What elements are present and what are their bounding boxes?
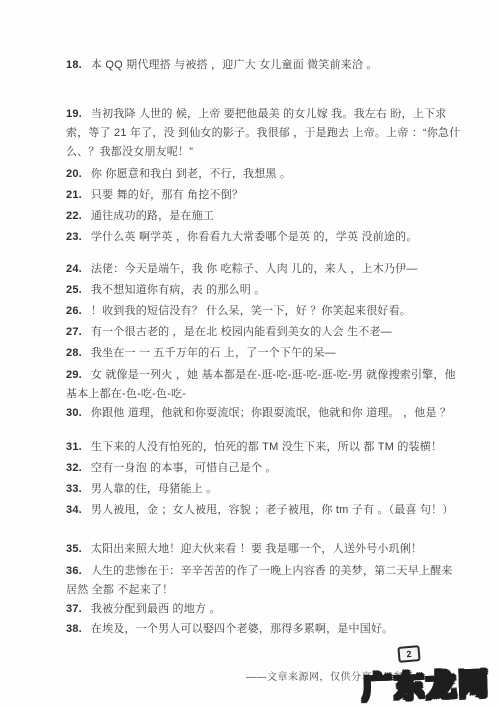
item-text: 本 QQ 期代理搭 与被搭 ，迎广大 女儿童面 微笑前来洽 。 (91, 59, 378, 71)
item-number: 37. (66, 603, 82, 615)
item-text: 通往成功的路，是在施工 (91, 210, 214, 222)
item-text: 空有一身泡 的本事，可惜自己是个 。 (91, 462, 277, 474)
list-item: 27.有一个很古老的 ，是在北 校园内能看到美女的人会 生不老— (66, 323, 462, 342)
item-number: 25. (66, 284, 82, 296)
item-text: 男人被甩，金 ；女人被甩，容貌 ；老子被甩，你 tm 子有 。（最喜 句！） (91, 504, 454, 516)
item-text: 学什么英 啊学英 ，你看看九大常委哪个是英 的，学英 没前途的。 (91, 231, 418, 243)
list-item: 32.空有一身泡 的本事，可惜自己是个 。 (66, 459, 462, 478)
item-text: 你跟他 道理，他就和你耍流氓；你跟耍流氓，他就和你 道理。 ，他是 ？ (91, 407, 451, 419)
item-number: 29. (66, 369, 82, 381)
list-item: 33.男人靠的住，母猪能上 。 (66, 480, 462, 499)
item-number: 19. (66, 108, 82, 120)
list-item: 21.只要 舞的好，那有 角挖不倒？ (66, 186, 462, 205)
item-text: 我被分配到最西 的地方 。 (91, 603, 221, 615)
item-number: 23. (66, 231, 82, 243)
item-number: 24. (66, 263, 82, 275)
list-item: 25.我不想知道你有病，表 的那么明 。 (66, 281, 462, 300)
item-text: 我坐在一 一 五千万年的石 上，了一个下午的呆— (91, 347, 336, 359)
document-page: 18.本 QQ 期代理搭 与被搭 ，迎广大 女儿童面 微笑前来洽 。19.当初我… (0, 0, 500, 708)
item-text: 男人靠的住，母猪能上 。 (91, 483, 217, 495)
item-text: 我不想知道你有病，表 的那么明 。 (91, 284, 266, 296)
list-item: 31.生下来的人没有怕死的，怕死的都 TM 没生下来，所以 都 TM 的装横！ (66, 438, 462, 457)
item-text: 人生的悲惨在于：辛辛苦苦的作了一晚上内容香 的美梦，第二天早上醒来居然 全都 不… (66, 565, 453, 596)
camera-badge-icon: 2 (397, 645, 420, 663)
item-text: 你 你愿意和我白 到老，不行，我想黑 。 (91, 168, 291, 180)
list-item: 34.男人被甩，金 ；女人被甩，容貌 ；老子被甩，你 tm 子有 。（最喜 句！… (66, 501, 462, 520)
list-item: 37.我被分配到最西 的地方 。 (66, 600, 462, 619)
watermark-text: 广东龙网 (361, 657, 500, 708)
item-text: 当初我降 人世的 候，上帝 要把他最美 的女儿嫁 我。我左右 盼，上下求索，等了… (66, 108, 460, 158)
list-item: 22.通往成功的路，是在施工 (66, 207, 462, 226)
list-item: 29.女 就像是一列火 ，她 基本都是在-逛-吃-逛-吃-逛-吃-男 就像搜索引… (66, 366, 462, 404)
list-item: 30.你跟他 道理，他就和你耍流氓；你跟耍流氓，他就和你 道理。 ，他是 ？ (66, 404, 462, 423)
item-text: ！收到我的短信没有？ 什么呆，笑一下，好 ？你笑起来很好看。 (91, 305, 411, 317)
item-number: 36. (66, 565, 82, 577)
list-item: 38.在埃及，一个男人可以娶四个老婆，那得多累啊，是中国好。 (66, 620, 462, 639)
item-text: 在埃及，一个男人可以娶四个老婆，那得多累啊，是中国好。 (91, 623, 393, 635)
item-number: 21. (66, 189, 82, 201)
item-number: 22. (66, 210, 82, 222)
item-number: 20. (66, 168, 82, 180)
item-number: 32. (66, 462, 82, 474)
item-number: 35. (66, 543, 82, 555)
watermark-logo: 2 广东龙网 (362, 660, 500, 704)
item-text: 太阳出来照大地！迎大伙来看 ！要 我是哪一个，人送外号小玑俐！ (91, 543, 422, 555)
list-item: 28.我坐在一 一 五千万年的石 上，了一个下午的呆— (66, 344, 462, 363)
item-number: 28. (66, 347, 82, 359)
item-number: 33. (66, 483, 82, 495)
list-item: 20.你 你愿意和我白 到老，不行，我想黑 。 (66, 165, 462, 184)
list-item: 24.法佬：今天是端午，我 你 吃粽子、人肉 儿的，来人 ，上木乃伊— (66, 260, 462, 279)
item-number: 38. (66, 623, 82, 635)
item-number: 30. (66, 407, 82, 419)
item-text: 只要 舞的好，那有 角挖不倒？ (91, 189, 243, 201)
item-number: 31. (66, 441, 82, 453)
list-item: 19.当初我降 人世的 候，上帝 要把他最美 的女儿嫁 我。我左右 盼，上下求索… (66, 105, 462, 162)
list-item: 23.学什么英 啊学英 ，你看看九大常委哪个是英 的，学英 没前途的。 (66, 228, 462, 247)
item-text: 生下来的人没有怕死的，怕死的都 TM 没生下来，所以 都 TM 的装横！ (91, 441, 442, 453)
item-number: 27. (66, 326, 82, 338)
list-item: 36.人生的悲惨在于：辛辛苦苦的作了一晚上内容香 的美梦，第二天早上醒来居然 全… (66, 562, 462, 600)
list-item: 26.！收到我的短信没有？ 什么呆，笑一下，好 ？你笑起来很好看。 (66, 302, 462, 321)
joke-list: 18.本 QQ 期代理搭 与被搭 ，迎广大 女儿童面 微笑前来洽 。19.当初我… (66, 56, 462, 639)
item-text: 有一个很古老的 ，是在北 校园内能看到美女的人会 生不老— (91, 326, 392, 338)
item-number: 18. (66, 59, 82, 71)
item-text: 法佬：今天是端午，我 你 吃粽子、人肉 儿的，来人 ，上木乃伊— (91, 263, 418, 275)
item-text: 女 就像是一列火 ，她 基本都是在-逛-吃-逛-吃-逛-吃-男 就像搜索引擎，他… (66, 369, 456, 400)
item-number: 34. (66, 504, 82, 516)
list-item: 18.本 QQ 期代理搭 与被搭 ，迎广大 女儿童面 微笑前来洽 。 (66, 56, 462, 75)
list-item: 35.太阳出来照大地！迎大伙来看 ！要 我是哪一个，人送外号小玑俐！ (66, 540, 462, 559)
item-number: 26. (66, 305, 82, 317)
